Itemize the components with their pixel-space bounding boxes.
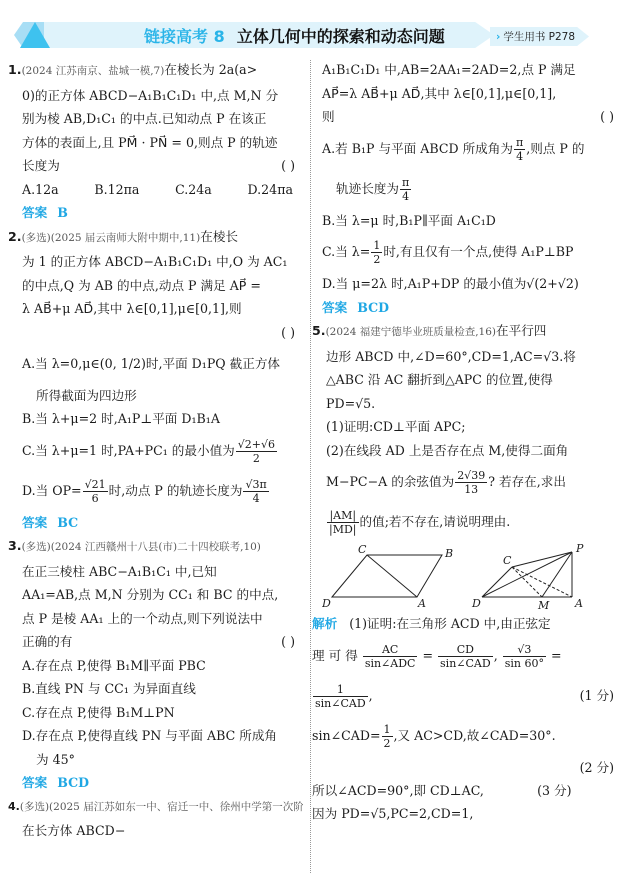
question-text: M−PC−A 的余弦值为2√3913? 若存在,求出 — [312, 462, 622, 502]
question-number: 1. — [8, 62, 22, 77]
question-text: 在正三棱柱 ABC−A₁B₁C₁ 中,已知 — [8, 560, 303, 584]
fraction: 12 — [371, 239, 382, 266]
option-c: C.24a — [175, 178, 212, 202]
question-text: 在平行四 — [496, 323, 546, 338]
option-text: 轨迹长度为 — [336, 181, 399, 196]
text: ? 若存在,求出 — [488, 474, 566, 489]
question-source: (2024 江苏南京、盐城一模,7) — [22, 65, 165, 77]
student-book-ref: ›学生用书 P278 — [490, 27, 589, 46]
numerator: π — [400, 176, 411, 190]
numerator: CD — [438, 643, 493, 657]
option-text: C.当 λ= — [322, 244, 370, 259]
question-text: AA₁=AB,点 M,N 分别为 CC₁ 和 BC 的中点, — [8, 583, 303, 607]
question-text: 则 — [322, 109, 335, 124]
denominator: 6 — [83, 492, 108, 505]
denominator: sin∠ADC — [363, 657, 418, 670]
option-text: A.若 B₁P 与平面 ABCD 所成角为 — [322, 141, 513, 156]
question-source: (多选)(2025 届江苏如东一中、宿迁一中、徐州中学第一次阶段性测试,11) — [20, 801, 303, 813]
figures: C B D A P C D M A — [312, 542, 622, 612]
answer: 答案BCD — [8, 771, 303, 795]
score: (3 分) — [537, 779, 571, 803]
option-d: D.当 μ=2λ 时,A₁P+DP 的最小值为√(2+√2) — [322, 272, 622, 296]
answer-value: BCD — [357, 300, 389, 315]
label-c: C — [503, 554, 512, 567]
question-text: 正确的有 — [22, 634, 72, 649]
question-text: 的中点,Q 为 AB 的中点,动点 P 满足 AP⃗ = — [8, 274, 303, 298]
question-text: PD=√5. — [312, 392, 622, 416]
option-a: A.12a — [22, 178, 59, 202]
answer: 答案BCD — [322, 296, 622, 320]
answer-blank: ( ) — [281, 154, 295, 178]
section-title: 立体几何中的探索和动态问题 — [237, 27, 445, 46]
text: sin∠CAD= — [312, 728, 381, 743]
answer-label: 答案 — [22, 515, 47, 530]
denominator: 4 — [514, 150, 525, 163]
answer-label: 答案 — [22, 775, 47, 790]
denominator: sin 60° — [503, 657, 546, 670]
question-text: (2)在线段 AD 上是否存在点 M,使得二面角 — [312, 439, 622, 463]
denominator: 2 — [382, 737, 393, 750]
question-4: 4.(多选)(2025 届江苏如东一中、宿迁一中、徐州中学第一次阶段性测试,11… — [8, 795, 303, 843]
section-header: 链接高考 8立体几何中的探索和动态问题 — [14, 22, 488, 48]
answer: 答案BC — [8, 511, 303, 535]
solution-text: 1sin∠CAD,(1 分) — [312, 676, 622, 716]
denominator: |MD| — [327, 523, 359, 536]
column-divider — [310, 60, 311, 873]
label-a: A — [574, 597, 583, 610]
option-a-cont: 轨迹长度为π4 — [322, 169, 622, 209]
question-text: 别为棱 AB,D₁C₁ 的中点.已知动点 P 在该正 — [8, 107, 303, 131]
fraction: √2+√62 — [236, 438, 277, 465]
option-d: D.24πa — [248, 178, 293, 202]
solution-text: (1)证明:在三角形 ACD 中,由正弦定 — [349, 616, 550, 631]
option-text: A.当 λ=0,μ∈ — [22, 356, 100, 371]
numerator: |AM| — [327, 509, 359, 523]
numerator: √21 — [83, 478, 108, 492]
question-text: AP⃗=λ AB⃗+μ AD⃗,其中 λ∈[0,1],μ∈[0,1], — [322, 82, 622, 106]
numerator: √3π — [243, 478, 268, 492]
option-a: A.存在点 P,使得 B₁M∥平面 PBC — [8, 654, 303, 678]
question-source: (多选)(2024 江西赣州十八县(市)二十四校联考,10) — [22, 541, 261, 553]
solution: 解析(1)证明:在三角形 ACD 中,由正弦定 理 可 得 ACsin∠ADC … — [312, 612, 622, 826]
solution-label: 解析 — [312, 616, 337, 631]
option-a: A.若 B₁P 与平面 ABCD 所成角为π4,则点 P 的 — [322, 129, 622, 169]
label-b: B — [444, 547, 453, 560]
option-text: C.当 λ+μ=1 时,PA+PC₁ 的最小值为 — [22, 443, 235, 458]
fraction: ACsin∠ADC — [363, 643, 418, 670]
solution-text: 所以∠ACD=90°,即 CD⊥AC, — [312, 783, 484, 798]
option-b: B.当 λ=μ 时,B₁P∥平面 A₁C₁D — [322, 209, 622, 233]
question-text: |AM||MD|的值;若不存在,请说明理由. — [312, 502, 622, 542]
question-2: 2.(多选)(2025 届云南师大附中期中,11)在棱长 为 1 的正方体 AB… — [8, 225, 303, 535]
option-a-cont: 所得截面为四边形 — [8, 384, 303, 408]
question-4-cont: A₁B₁C₁D₁ 中,AB=2AA₁=2AD=2,点 P 满足 AP⃗=λ AB… — [322, 58, 622, 319]
numerator: 1 — [313, 683, 368, 697]
denominator: 2 — [236, 452, 277, 465]
question-text: 方体的表面上,且 PM⃗ · PN⃗ = 0,则点 P 的轨迹 — [8, 131, 303, 155]
denominator: 2 — [371, 253, 382, 266]
chevron-right-icon: › — [496, 31, 500, 43]
left-column: 1.(2024 江苏南京、盐城一模,7)在棱长为 2a(a> 0)的正方体 AB… — [8, 58, 303, 843]
denominator: 4 — [243, 492, 268, 505]
answer: 答案B — [8, 201, 303, 225]
numerator: π — [514, 136, 525, 150]
text: ,又 AC>CD,故∠CAD=30°. — [394, 728, 556, 743]
question-text: A₁B₁C₁D₁ 中,AB=2AA₁=2AD=2,点 P 满足 — [322, 58, 622, 82]
label-c: C — [358, 543, 367, 556]
text: 理 可 得 — [312, 648, 358, 663]
solution-text: 因为 PD=√5,PC=2,CD=1, — [312, 802, 622, 826]
section-number: 链接高考 8 — [144, 27, 225, 46]
numerator: √3 — [503, 643, 546, 657]
denominator: 4 — [400, 190, 411, 203]
fraction: CDsin∠CAD — [438, 643, 493, 670]
question-text: 0)的正方体 ABCD−A₁B₁C₁D₁ 中,点 M,N 分 — [8, 84, 303, 108]
numerator: 1 — [371, 239, 382, 253]
answer-blank: ( ) — [600, 105, 614, 129]
question-5: 5.(2024 福建宁德毕业班质量检查,16)在平行四 边形 ABCD 中,∠D… — [312, 319, 622, 826]
label-d: D — [322, 597, 331, 610]
question-number: 4. — [8, 800, 20, 813]
fraction: |AM||MD| — [327, 509, 359, 536]
fraction: √3π4 — [243, 478, 268, 505]
question-text: (1)证明:CD⊥平面 APC; — [312, 415, 622, 439]
denominator: 13 — [455, 483, 487, 496]
question-3: 3.(多选)(2024 江西赣州十八县(市)二十四校联考,10) 在正三棱柱 A… — [8, 534, 303, 795]
fraction: π4 — [514, 136, 525, 163]
interval: (0, 1/2) — [100, 356, 146, 371]
denominator: sin∠CAD — [438, 657, 493, 670]
question-source: (多选)(2025 届云南师大附中期中,11) — [22, 232, 201, 244]
numerator: √2+√6 — [236, 438, 277, 452]
question-text: 在棱长为 2a(a> — [164, 62, 257, 77]
fraction: π4 — [400, 176, 411, 203]
option-d: D.当 OP=√216时,动点 P 的轨迹长度为√3π4 — [8, 471, 303, 511]
option-text: 时,平面 D₁PQ 截正方体 — [146, 356, 280, 371]
option-c: C.存在点 P,使得 B₁M⊥PN — [8, 701, 303, 725]
option-d-cont: 为 45° — [8, 748, 303, 772]
numerator: 1 — [382, 723, 393, 737]
option-text: D.当 OP= — [22, 483, 82, 498]
text: 的值;若不存在,请说明理由. — [360, 514, 511, 529]
option-b: B.12πa — [94, 178, 139, 202]
option-text: 时,有且仅有一个点,使得 A₁P⊥BP — [383, 244, 573, 259]
question-text: λ AB⃗+μ AD⃗,其中 λ∈[0,1],μ∈[0,1],则 — [8, 297, 303, 321]
question-text: 边形 ABCD 中,∠D=60°,CD=1,AC=√3.将 — [312, 345, 622, 369]
answer-blank: ( ) — [281, 321, 295, 345]
question-1: 1.(2024 江苏南京、盐城一模,7)在棱长为 2a(a> 0)的正方体 AB… — [8, 58, 303, 225]
option-c: C.当 λ+μ=1 时,PA+PC₁ 的最小值为√2+√62 — [8, 431, 303, 471]
options: A.12a B.12πa C.24a D.24πa — [8, 178, 303, 202]
ref-label: 学生用书 P278 — [503, 31, 575, 43]
fraction: 1sin∠CAD — [313, 683, 368, 710]
answer-value: BC — [57, 515, 78, 530]
option-text: 时,动点 P 的轨迹长度为 — [109, 483, 243, 498]
option-b: B.当 λ+μ=2 时,A₁P⊥平面 D₁B₁A — [8, 407, 303, 431]
question-number: 2. — [8, 229, 22, 244]
question-text: △ABC 沿 AC 翻折到△APC 的位置,使得 — [312, 368, 622, 392]
answer-label: 答案 — [22, 205, 47, 220]
label-p: P — [575, 542, 584, 555]
label-m: M — [537, 599, 550, 612]
parallelogram-figures: C B D A P C D M A — [322, 542, 622, 612]
text: M−PC−A 的余弦值为 — [326, 474, 454, 489]
fraction: 12 — [382, 723, 393, 750]
denominator: sin∠CAD — [313, 697, 368, 710]
question-text: 点 P 是棱 AA₁ 上的一个动点,则下列说法中 — [8, 607, 303, 631]
question-text: 在长方体 ABCD− — [8, 819, 303, 843]
option-d: D.存在点 P,使得直线 PN 与平面 ABC 所成角 — [8, 724, 303, 748]
label-d: D — [471, 597, 481, 610]
score: (1 分) — [580, 676, 614, 716]
question-source: (2024 福建宁德毕业班质量检查,16) — [326, 326, 496, 338]
numerator: AC — [363, 643, 418, 657]
question-number: 5. — [312, 323, 326, 338]
label-a: A — [417, 597, 426, 610]
question-text: 在棱长 — [200, 229, 238, 244]
fraction: √3sin 60° — [503, 643, 546, 670]
option-c: C.当 λ=12时,有且仅有一个点,使得 A₁P⊥BP — [322, 232, 622, 272]
answer-value: B — [57, 205, 68, 220]
option-b: B.直线 PN 与 CC₁ 为异面直线 — [8, 677, 303, 701]
question-text: 为 1 的正方体 ABCD−A₁B₁C₁D₁ 中,O 为 AC₁ — [8, 250, 303, 274]
option-text: ,则点 P 的 — [526, 141, 584, 156]
answer-blank: ( ) — [281, 630, 295, 654]
right-column: A₁B₁C₁D₁ 中,AB=2AA₁=2AD=2,点 P 满足 AP⃗=λ AB… — [322, 58, 622, 826]
solution-text: sin∠CAD=12,又 AC>CD,故∠CAD=30°. — [312, 716, 622, 756]
solution-text: 理 可 得 ACsin∠ADC = CDsin∠CAD, √3sin 60° = — [312, 636, 622, 676]
option-a: A.当 λ=0,μ∈(0, 1/2)时,平面 D₁PQ 截正方体 — [8, 344, 303, 384]
fraction: 2√3913 — [455, 469, 487, 496]
answer-label: 答案 — [322, 300, 347, 315]
question-number: 3. — [8, 538, 22, 553]
page-title: 链接高考 8立体几何中的探索和动态问题 — [144, 24, 445, 47]
score: (2 分) — [580, 756, 614, 780]
fraction: √216 — [83, 478, 108, 505]
question-text: 长度为 — [22, 158, 60, 173]
numerator: 2√39 — [455, 469, 487, 483]
answer-value: BCD — [57, 775, 89, 790]
